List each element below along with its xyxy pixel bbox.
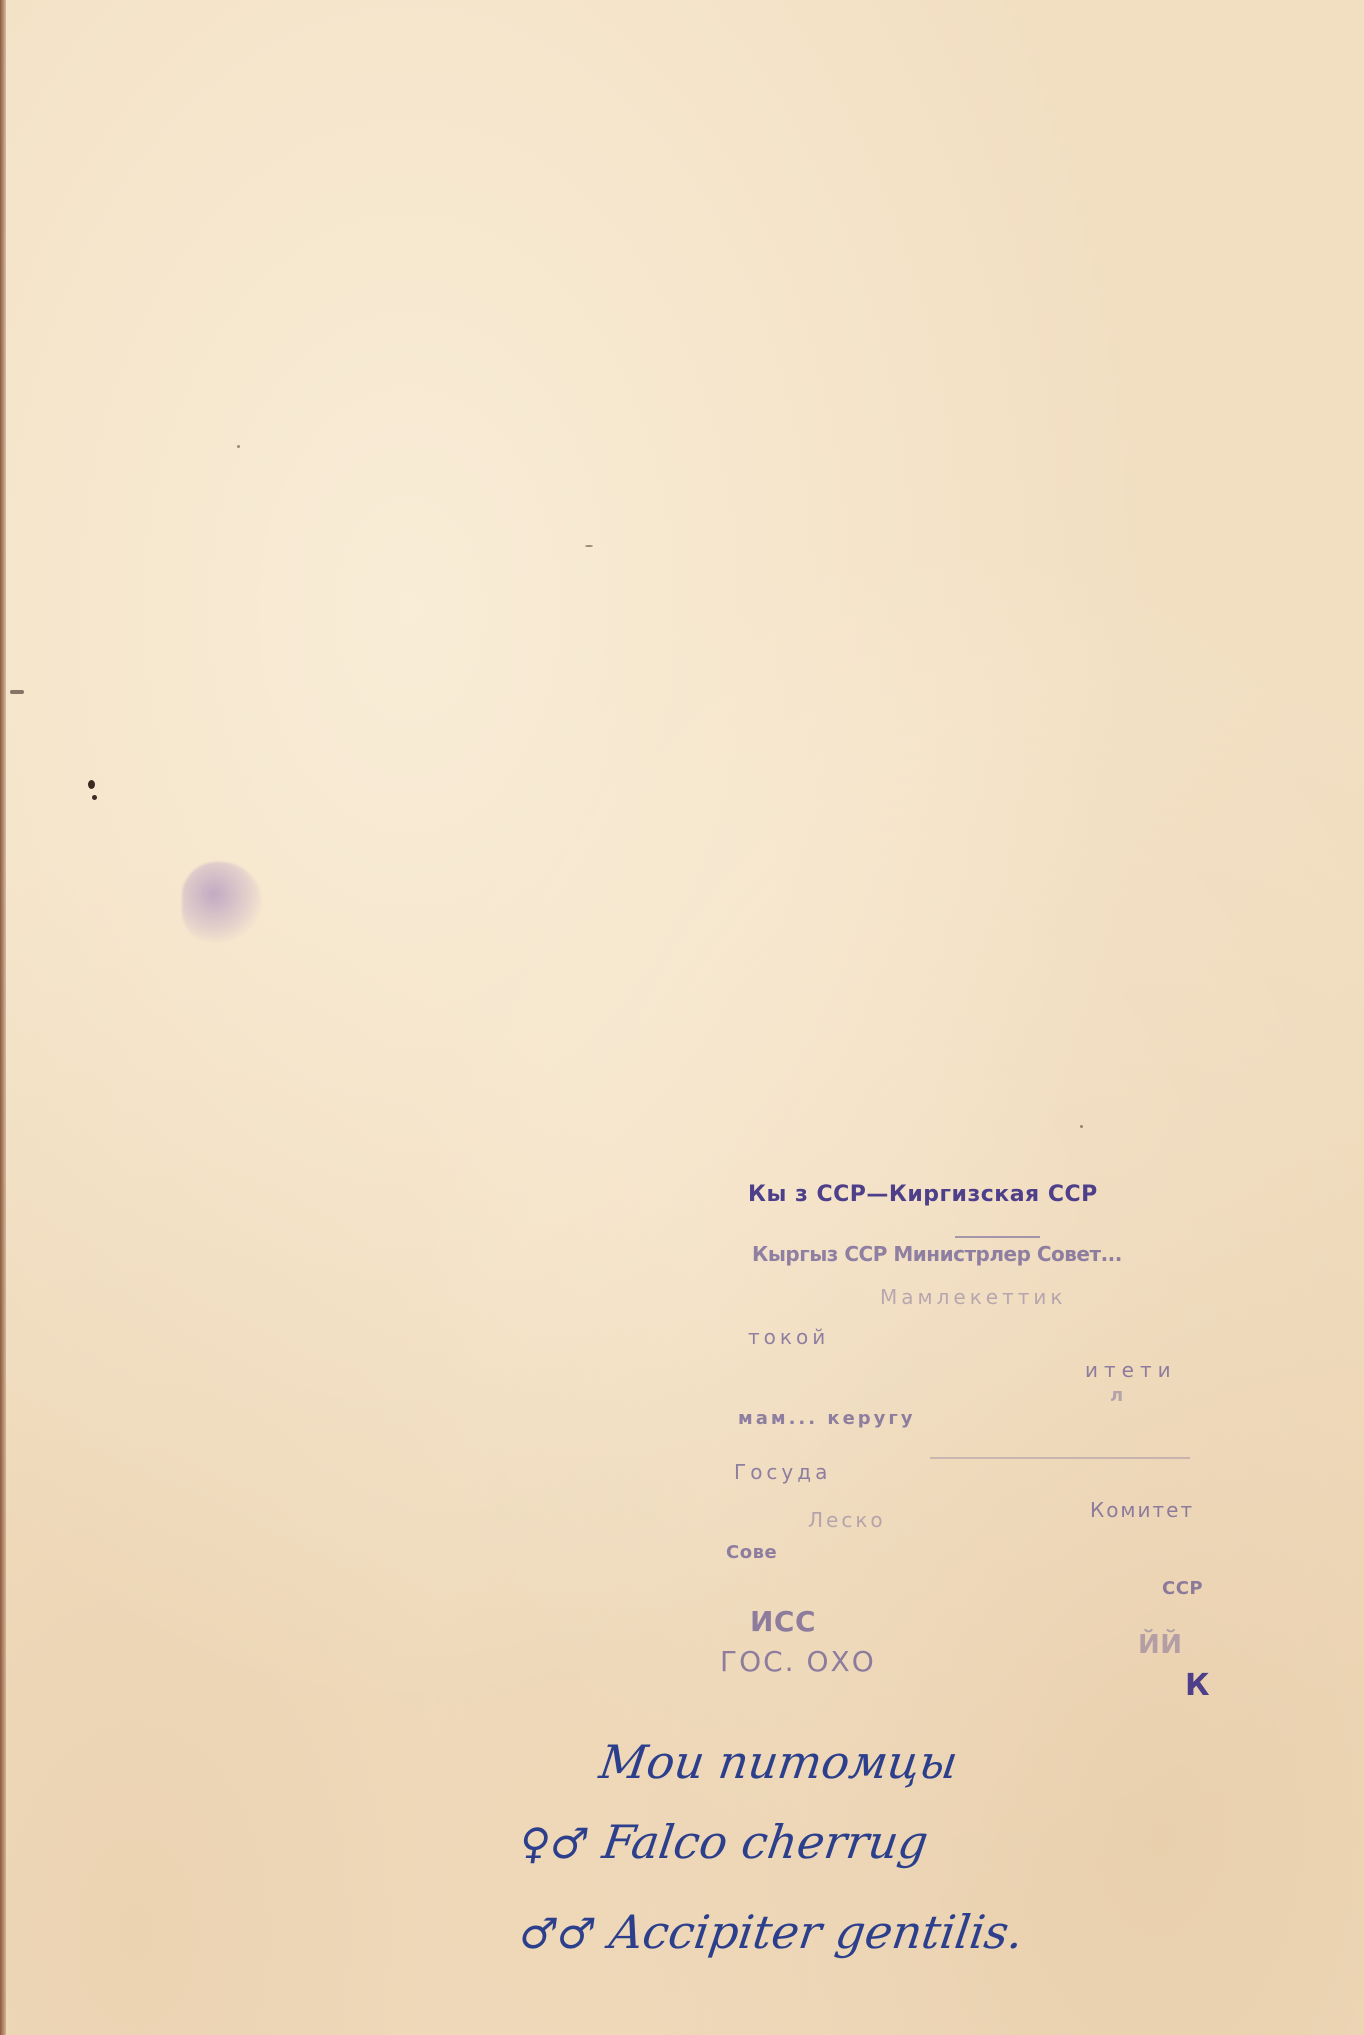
stamp-line-5: л (1110, 1385, 1124, 1406)
photo-back-paper: Кы з ССР—Киргизская ССР Кыргыз ССР Минис… (0, 0, 1364, 2035)
note-entry: ♂♂ Accipiter gentilis. (516, 1905, 1027, 1959)
torn-left-edge (0, 0, 6, 2035)
sex-symbols: ♀♂ (516, 1819, 591, 1868)
sex-symbols: ♂♂ (516, 1909, 598, 1958)
paper-speck (10, 690, 24, 694)
stamp-line-7b: Комитет (1090, 1498, 1194, 1522)
note-title: Мои питомцы (596, 1735, 961, 1789)
stamp-line-9a: Сове (726, 1542, 777, 1563)
stamp-rule (930, 1457, 1190, 1459)
stamp-line-4b: итети (1085, 1358, 1177, 1382)
stamp-line-10a: ИСС (750, 1605, 816, 1638)
stamp-line-9b: ССР (1162, 1578, 1203, 1599)
stamp-line-10b: ЙЙ (1138, 1630, 1183, 1660)
stamp-line-11a: ГОС. ОХО (720, 1645, 876, 1678)
stamp-line-6a: мам... керугу (738, 1408, 916, 1429)
paper-speck (92, 795, 97, 800)
stamp-line-11b: К (1185, 1668, 1210, 1703)
paper-speck (237, 445, 240, 448)
species-name: Falco cherrug (599, 1815, 931, 1869)
stamp-rule (955, 1236, 1040, 1238)
note-entry: ♀♂ Falco cherrug (516, 1815, 931, 1869)
stamp-line-1: Кы з ССР—Киргизская ССР (748, 1182, 1098, 1207)
stamp-line-7a: Госуда (734, 1460, 831, 1484)
paper-speck (88, 780, 95, 789)
stamp-line-2: Кыргыз ССР Министрлер Совет... (752, 1242, 1122, 1266)
paper-speck (1080, 1125, 1083, 1128)
species-name: Accipiter gentilis. (606, 1905, 1027, 1959)
stamp-line-4a: токой (748, 1325, 829, 1349)
ink-smudge (182, 862, 262, 942)
paper-speck (585, 545, 593, 547)
stamp-line-8: Леско (808, 1508, 886, 1532)
stamp-line-3: Мамлекеттик (880, 1285, 1066, 1309)
